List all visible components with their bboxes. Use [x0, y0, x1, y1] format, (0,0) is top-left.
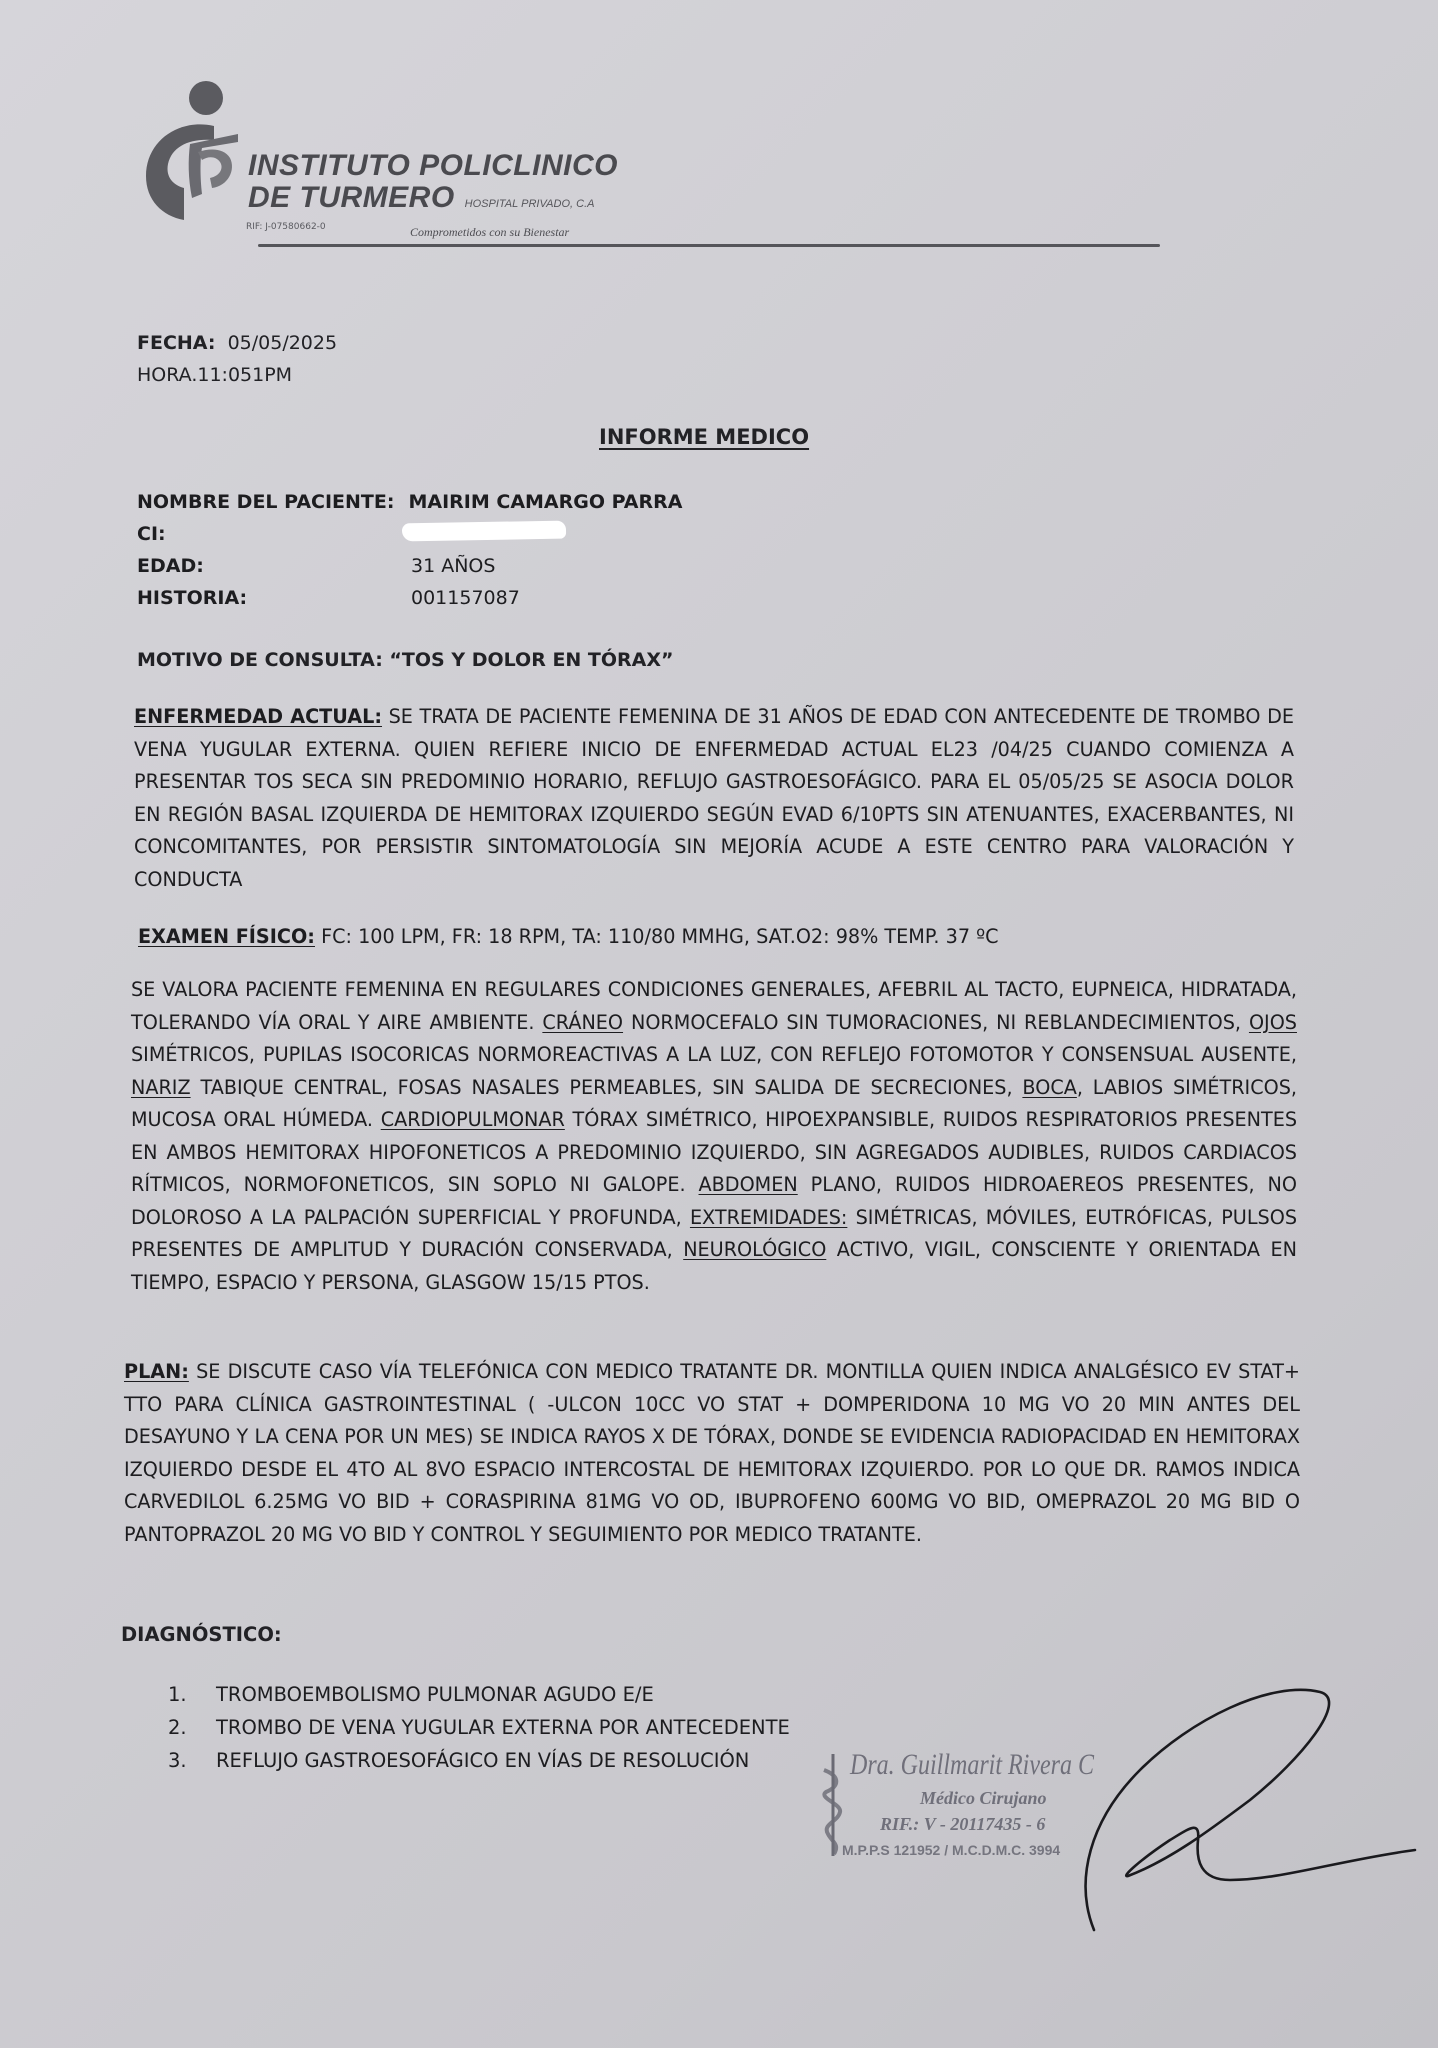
diagnostico-list: 1.TROMBOEMBOLISMO PULMONAR AGUDO E/E 2.T…: [168, 1678, 790, 1777]
fecha-value: 05/05/2025: [228, 332, 338, 354]
motivo-consulta: MOTIVO DE CONSULTA: “TOS Y DOLOR EN TÓRA…: [137, 644, 674, 677]
plan-text: SE DISCUTE CASO VÍA TELEFÓNICA CON MEDIC…: [124, 1360, 1300, 1546]
patient-info: NOMBRE DEL PACIENTE:MAIRIM CAMARGO PARRA…: [137, 486, 682, 614]
institution-line2-text: DE TURMERO: [248, 181, 455, 214]
enfermedad-actual: ENFERMEDAD ACTUAL: SE TRATA DE PACIENTE …: [134, 701, 1294, 896]
stamp-registry: M.P.P.S 121952 / M.C.D.M.C. 3994: [842, 1842, 1060, 1858]
header-divider: [258, 244, 1160, 247]
policlinico-logo-icon: [140, 78, 250, 228]
item-text: TROMBOEMBOLISMO PULMONAR AGUDO E/E: [216, 1678, 654, 1711]
item-text: TROMBO DE VENA YUGULAR EXTERNA POR ANTEC…: [216, 1711, 790, 1744]
plan-label: PLAN:: [124, 1360, 189, 1383]
vital-signs: FC: 100 LPM, FR: 18 RPM, TA: 110/80 MMHG…: [315, 925, 999, 948]
nombre-label: NOMBRE DEL PACIENTE:: [137, 486, 394, 518]
examen-fisico: EXAMEN FÍSICO: FC: 100 LPM, FR: 18 RPM, …: [138, 921, 1298, 954]
ojos-label: OJOS: [1249, 1011, 1297, 1034]
institution-name: INSTITUTO POLICLINICO DE TURMEROHOSPITAL…: [248, 150, 618, 220]
stamp-doctor-name: Dra. Guillmarit Rivera C: [850, 1748, 1094, 1782]
historia-label: HISTORIA:: [137, 582, 411, 614]
nombre-value: MAIRIM CAMARGO PARRA: [408, 486, 682, 518]
boca-label: BOCA: [1022, 1076, 1076, 1099]
hora-value: HORA.11:051PM: [137, 359, 337, 391]
item-number: 2.: [168, 1711, 216, 1744]
list-item: 2.TROMBO DE VENA YUGULAR EXTERNA POR ANT…: [168, 1711, 790, 1744]
list-item: 3.REFLUJO GASTROESOFÁGICO EN VÍAS DE RES…: [168, 1744, 790, 1777]
valoracion-text: SIMÉTRICOS, PUPILAS ISOCORICAS NORMOREAC…: [131, 1043, 1297, 1066]
plan-paragraph: PLAN: SE DISCUTE CASO VÍA TELEFÓNICA CON…: [124, 1356, 1300, 1551]
cardiopulmonar-label: CARDIOPULMONAR: [381, 1108, 565, 1131]
fecha-label: FECHA:: [137, 332, 215, 354]
item-number: 1.: [168, 1678, 216, 1711]
stamp-role: Médico Cirujano: [920, 1788, 1047, 1809]
extremidades-label: EXTREMIDADES:: [690, 1206, 847, 1229]
enfermedad-actual-label: ENFERMEDAD ACTUAL:: [134, 705, 382, 728]
ci-redaction: [402, 521, 566, 542]
valoracion-paragraph: SE VALORA PACIENTE FEMENINA EN REGULARES…: [131, 974, 1297, 1299]
ci-label: CI:: [137, 518, 411, 550]
list-item: 1.TROMBOEMBOLISMO PULMONAR AGUDO E/E: [168, 1678, 790, 1711]
medical-report-page: INSTITUTO POLICLINICO DE TURMEROHOSPITAL…: [0, 0, 1438, 2048]
institution-subtitle: HOSPITAL PRIVADO, C.A: [465, 198, 595, 210]
institution-line2: DE TURMEROHOSPITAL PRIVADO, C.A: [248, 182, 618, 220]
abdomen-label: ABDOMEN: [699, 1173, 798, 1196]
neurologico-label: NEUROLÓGICO: [683, 1238, 826, 1261]
institution-rif: RIF: J-07580662-0: [246, 222, 326, 232]
diagnostico-heading: DIAGNÓSTICO:: [121, 1619, 282, 1652]
valoracion-text: NORMOCEFALO SIN TUMORACIONES, NI REBLAND…: [623, 1011, 1249, 1034]
edad-value: 31 AÑOS: [411, 550, 495, 582]
item-text: REFLUJO GASTROESOFÁGICO EN VÍAS DE RESOL…: [216, 1744, 749, 1777]
historia-value: 001157087: [411, 582, 520, 614]
edad-label: EDAD:: [137, 550, 411, 582]
nariz-label: NARIZ: [131, 1076, 191, 1099]
institution-line1: INSTITUTO POLICLINICO: [248, 150, 618, 182]
valoracion-text: TABIQUE CENTRAL, FOSAS NASALES PERMEABLE…: [191, 1076, 1023, 1099]
institution-slogan: Comprometidos con su Bienestar: [410, 225, 569, 240]
report-meta: FECHA: 05/05/2025 HORA.11:051PM: [137, 327, 337, 391]
page-title: INFORME MEDICO: [599, 421, 809, 454]
craneo-label: CRÁNEO: [542, 1011, 623, 1034]
item-number: 3.: [168, 1744, 216, 1777]
doctor-stamp: Dra. Guillmarit Rivera C Médico Cirujano…: [820, 1740, 1110, 1870]
stamp-rif: RIF.: V - 20117435 - 6: [880, 1814, 1045, 1835]
signature-icon: [1080, 1680, 1420, 1940]
enfermedad-actual-text: SE TRATA DE PACIENTE FEMENINA DE 31 AÑOS…: [134, 705, 1294, 891]
examen-fisico-label: EXAMEN FÍSICO:: [138, 925, 315, 948]
